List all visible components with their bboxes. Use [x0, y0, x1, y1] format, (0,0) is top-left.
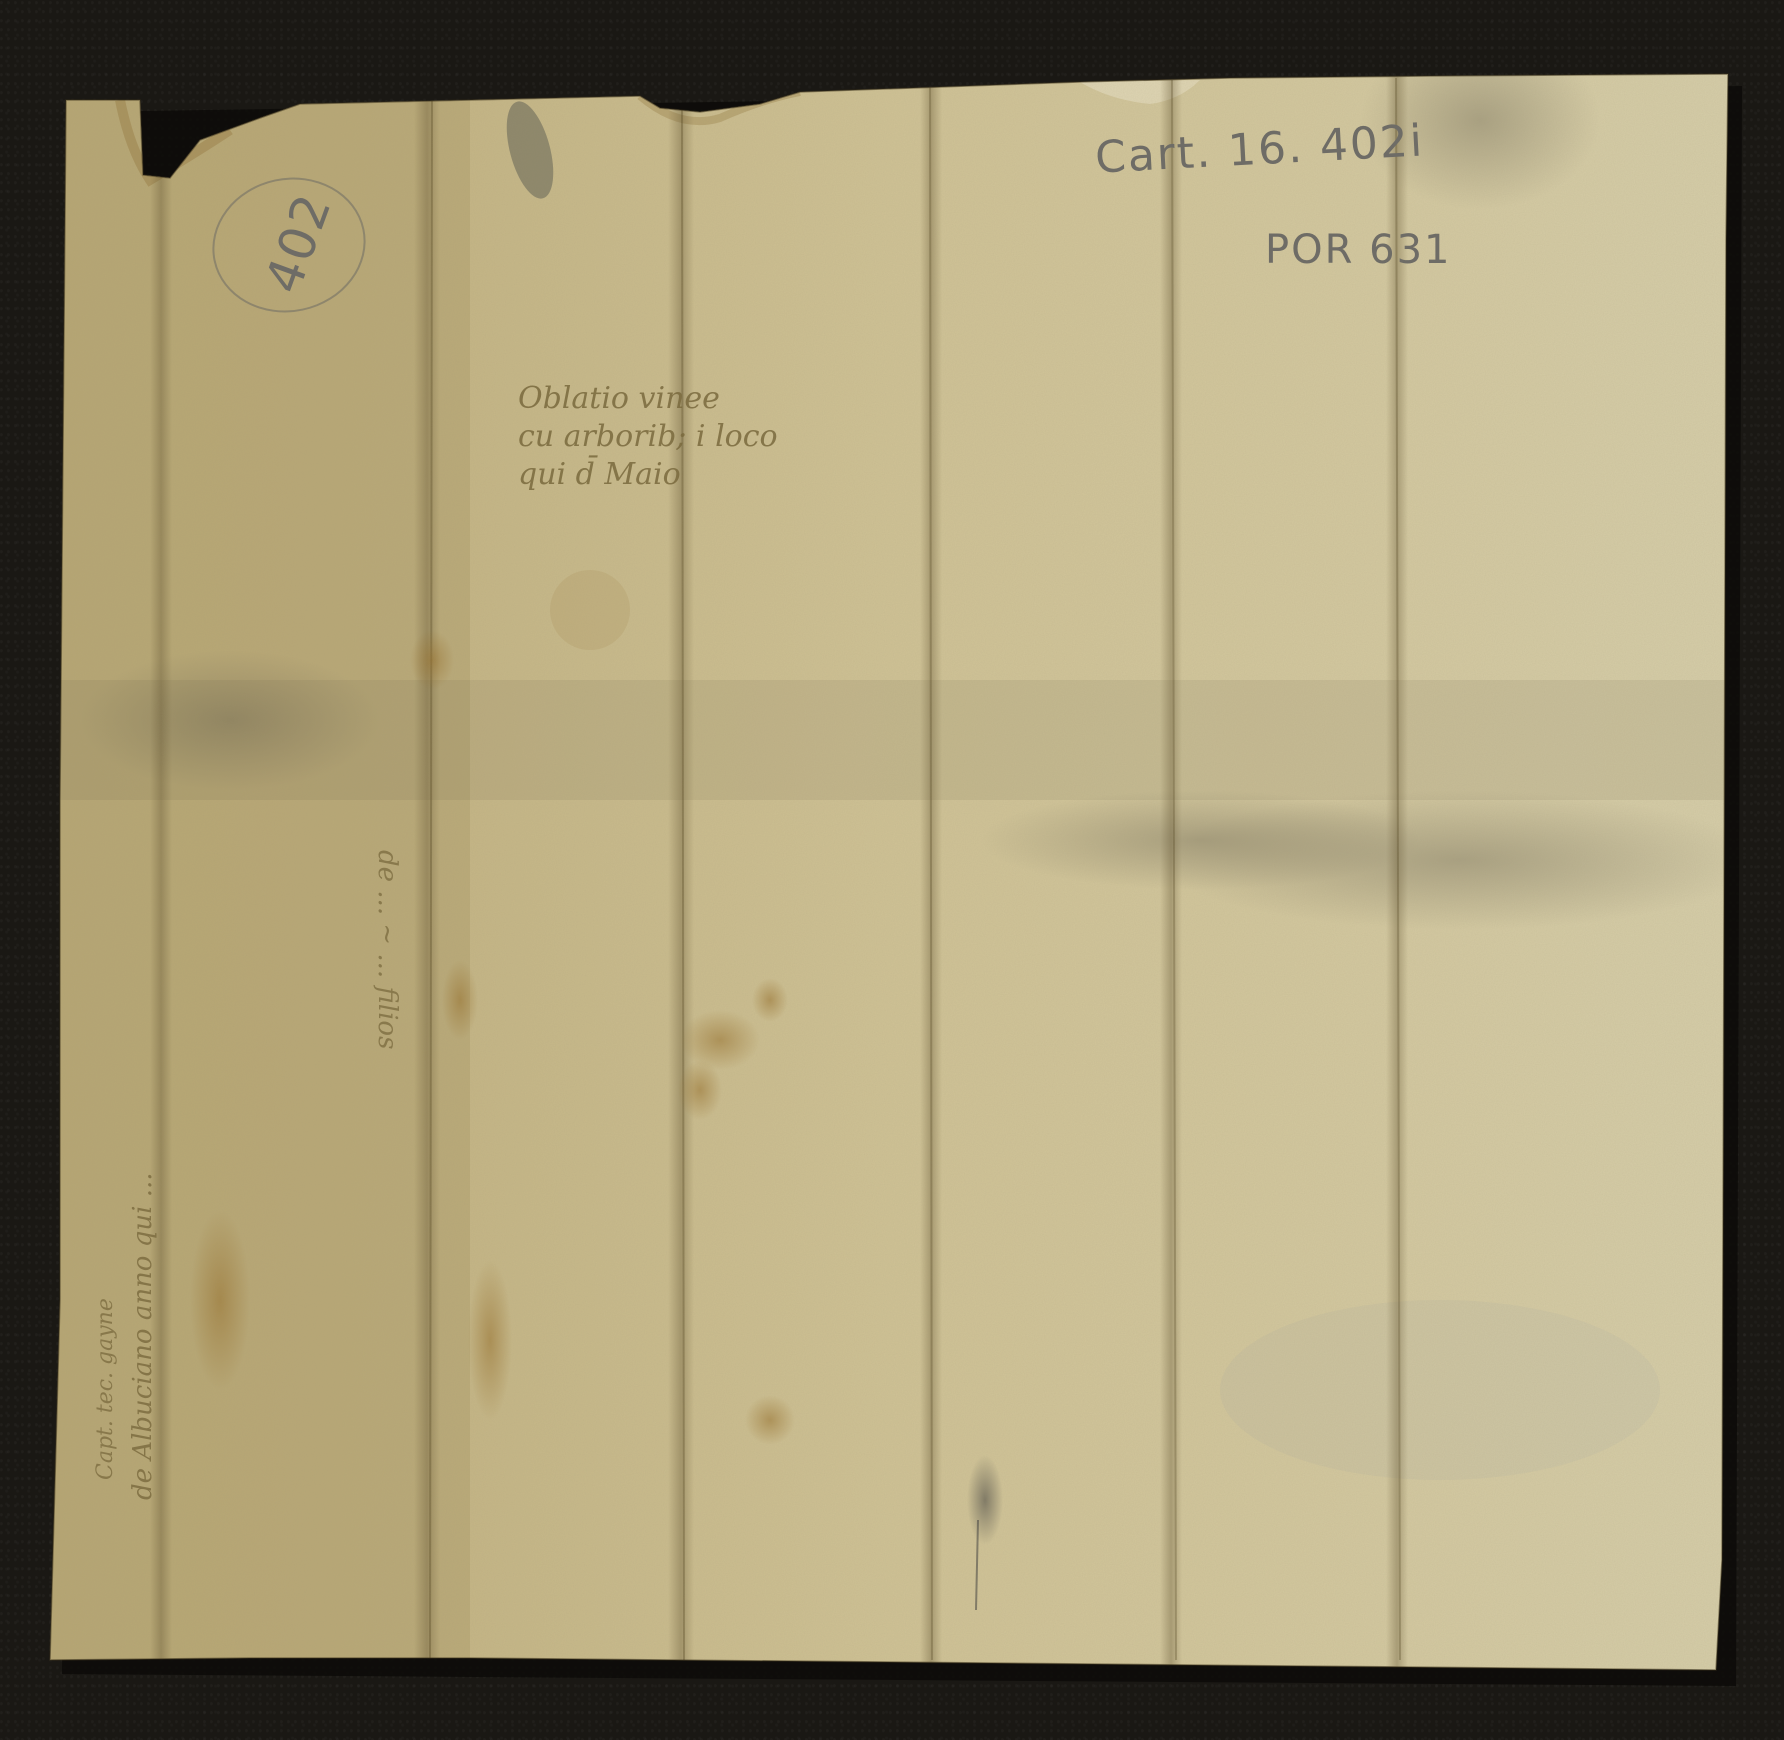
parchment-sheet: Cart. 16. 402i POR 631 402 Oblatio vinee… [0, 0, 1784, 1740]
circled-number-text: 402 [254, 185, 343, 300]
summary-line: cu arborib; i loco [518, 418, 778, 456]
summary-line: qui d̄ Maio [518, 456, 778, 494]
vertical-note-middle: de ... ~ ... filios [374, 850, 400, 1049]
summary-note: Oblatio vinee cu arborib; i loco qui d̄ … [518, 380, 778, 494]
vertical-note-left-main: de Albuciano anno qui ... [130, 1173, 156, 1501]
shelfmark-line-2: POR 631 [1265, 230, 1451, 270]
vertical-note-left-small: Capt. tec. gayne [95, 1298, 117, 1480]
summary-line: Oblatio vinee [518, 380, 778, 418]
